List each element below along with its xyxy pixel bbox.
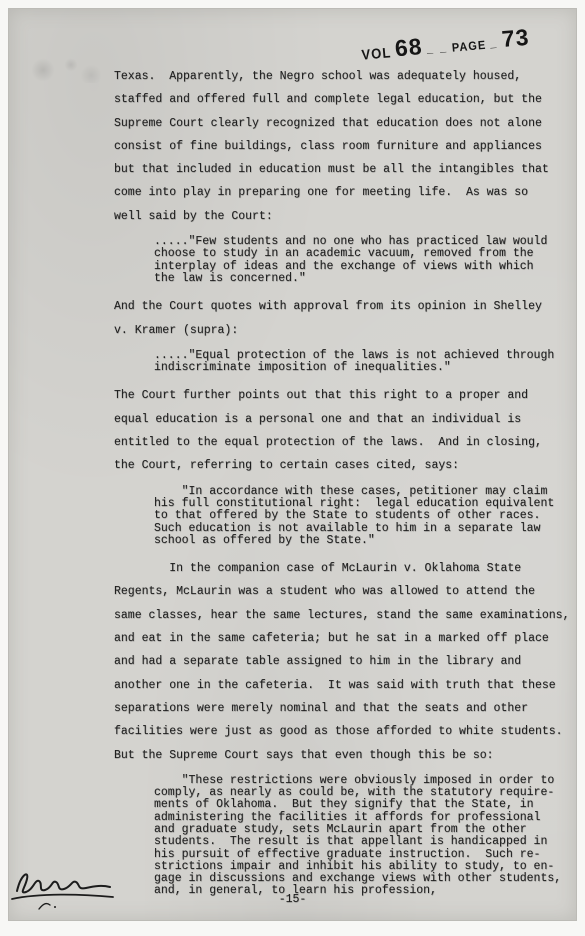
blockquote-3: "In accordance with these cases, petitio… [154,486,570,547]
blockquote-2: ....."Equal protection of the laws is no… [154,350,570,375]
handwritten-signature [9,864,127,912]
scanned-page: VOL 68 _ _ PAGE _ 73 Texas. Apparently, … [0,0,585,936]
blockquote-4: "These restrictions were obviously impos… [154,775,570,898]
paragraph-3: The Court further points out that this r… [114,384,570,477]
typewritten-text: Texas. Apparently, the Negro school was … [9,9,576,908]
paragraph-2: And the Court quotes with approval from … [114,295,570,342]
paragraph-1: Texas. Apparently, the Negro school was … [114,65,570,228]
blockquote-1: ....."Few students and no one who has pr… [154,236,570,285]
paper: VOL 68 _ _ PAGE _ 73 Texas. Apparently, … [8,8,577,921]
paragraph-4: In the companion case of McLaurin v. Okl… [114,557,570,767]
